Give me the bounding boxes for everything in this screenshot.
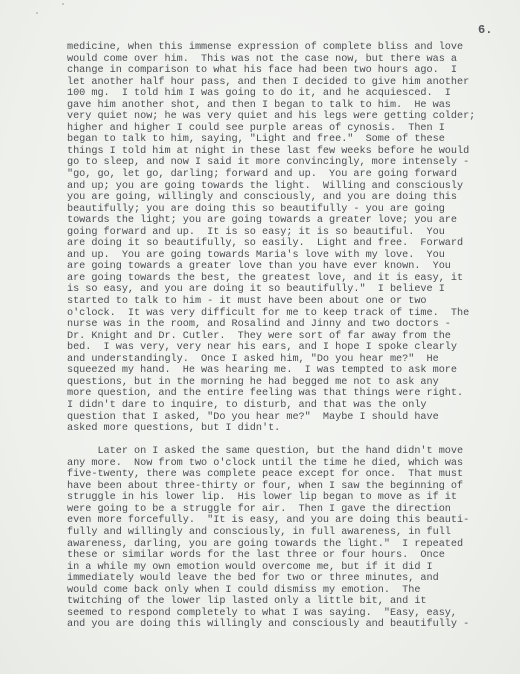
text-line: I didn't dare to inquire, to disturb, an… [67, 400, 507, 412]
text-line: is so easy, and you are doing it so beau… [67, 284, 507, 296]
text-line: change in comparison to what his face ha… [67, 65, 507, 77]
text-line: Later on I asked the same question, but … [67, 446, 507, 458]
body-text: medicine, when this immense expression o… [67, 42, 507, 631]
text-line: and understandingly. Once I asked him, "… [67, 354, 507, 366]
text-line: started to talk to him - it must have be… [67, 296, 507, 308]
text-line: awareness, darling, you are going toward… [67, 539, 507, 551]
text-line: more question, and the entire feeling wa… [67, 388, 507, 400]
text-line: gave him another shot, and then I began … [67, 100, 507, 112]
page-number: 6. [478, 23, 492, 37]
paper-speck [62, 3, 64, 5]
text-line: struggle in his lower lip. His lower lip… [67, 492, 507, 504]
text-line: let another half hour pass, and then I d… [67, 77, 507, 89]
text-line: squeezed my hand. He was hearing me. I w… [67, 365, 507, 377]
text-line: and up. You are going towards Maria's lo… [67, 250, 507, 262]
text-line: very quiet now; he was very quiet and hi… [67, 111, 507, 123]
text-line: have been about three-thirty or four, wh… [67, 481, 507, 493]
text-line: bed. I was very, very near his ears, and… [67, 342, 507, 354]
text-line: o'clock. It was very difficult for me to… [67, 308, 507, 320]
text-line: medicine, when this immense expression o… [67, 42, 507, 54]
paragraph-2: Later on I asked the same question, but … [67, 446, 507, 631]
text-line: these or similar words for the last thre… [67, 550, 507, 562]
text-line: would come over him. This was not the ca… [67, 54, 507, 66]
text-line: even more forcefully. "It is easy, and y… [67, 515, 507, 527]
text-line: "go, go, let go, darling; forward and up… [67, 169, 507, 181]
text-line: any more. Now from two o'clock until the… [67, 458, 507, 470]
text-line: towards the light; you are going towards… [67, 215, 507, 227]
paper-speck [36, 12, 38, 14]
text-line: are going towards the best, the greatest… [67, 273, 507, 285]
text-line: going forward and up. It is so easy; it … [67, 227, 507, 239]
paragraph-1: medicine, when this immense expression o… [67, 42, 507, 435]
document-page: 6. medicine, when this immense expressio… [0, 0, 520, 674]
text-line: 100 mg. I told him I was going to do it,… [67, 88, 507, 100]
text-line: you are going, willingly and consciously… [67, 192, 507, 204]
text-line: seemed to respond completely to what I w… [67, 608, 507, 620]
text-line: are doing it so beautifully, so easily. … [67, 238, 507, 250]
text-line: nurse was in the room, and Rosalind and … [67, 319, 507, 331]
text-line: are going towards a greater love than yo… [67, 261, 507, 273]
text-line: higher and higher I could see purple are… [67, 123, 507, 135]
text-line: five-twenty, there was complete peace ex… [67, 469, 507, 481]
text-line: things I told him at night in these last… [67, 146, 507, 158]
text-line: in a while my own emotion would overcome… [67, 562, 507, 574]
text-line: question that I asked, "Do you hear me?"… [67, 412, 507, 424]
text-line: twitching of the lower lip lasted only a… [67, 596, 507, 608]
text-line: fully and willingly and consciously, in … [67, 527, 507, 539]
text-line: began to talk to him, saying, "Light and… [67, 134, 507, 146]
text-line: beautifully; you are doing this so beaut… [67, 204, 507, 216]
paragraph-gap [67, 435, 507, 447]
text-line: would come back only when I could dismis… [67, 585, 507, 597]
text-line: immediately would leave the bed for two … [67, 573, 507, 585]
text-line: and up; you are going towards the light.… [67, 181, 507, 193]
text-line: go to sleep, and now I said it more conv… [67, 157, 507, 169]
text-line: were going to be a struggle for air. The… [67, 504, 507, 516]
text-line: Dr. Knight and Dr. Cutler. They were sor… [67, 331, 507, 343]
text-line: asked more questions, but I didn't. [67, 423, 507, 435]
text-line: and you are doing this willingly and con… [67, 619, 507, 631]
text-line: questions, but in the morning he had beg… [67, 377, 507, 389]
